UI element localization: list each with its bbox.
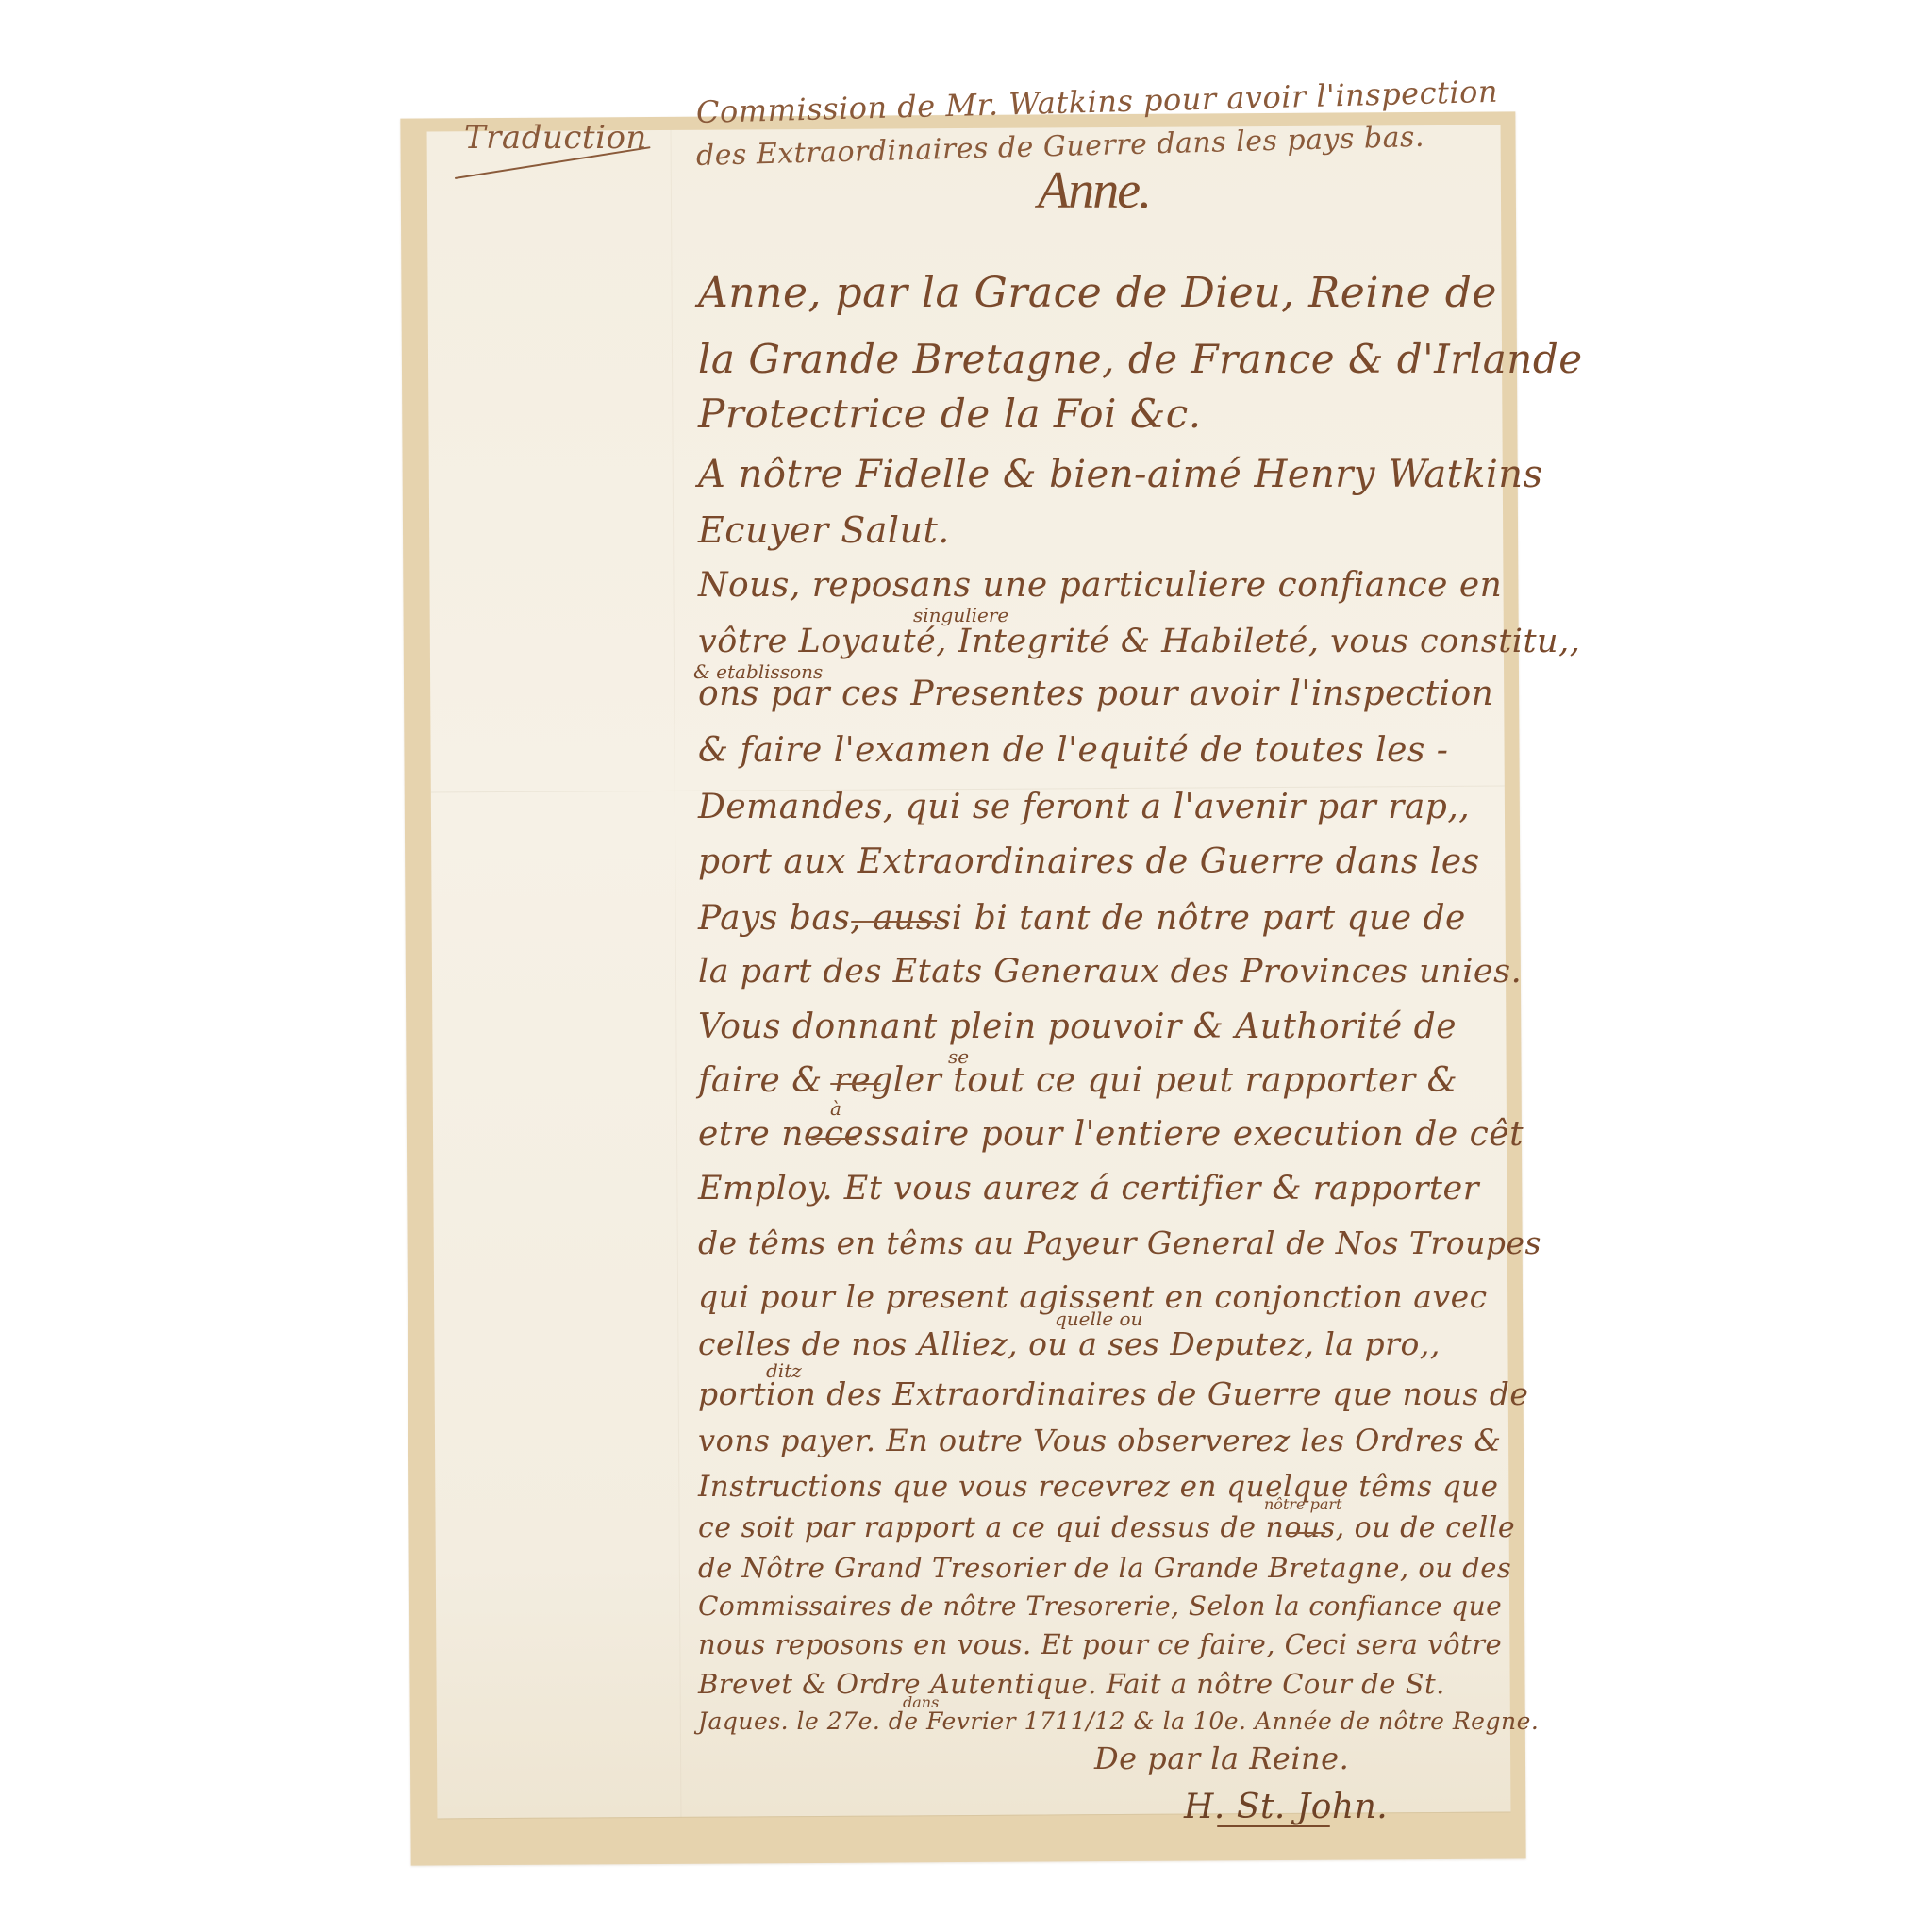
body-line-5: Ecuyer Salut. <box>698 509 1519 551</box>
body-line-9: & faire l'examen de l'equité de toutes l… <box>698 731 1519 770</box>
body-line-24: ce soit par rapport a ce qui dessus de n… <box>698 1511 1519 1544</box>
body-line-3: Protectrice de la Foi &c. <box>698 391 1519 437</box>
body-line-4: A nôtre Fidelle & bien-aimé Henry Watkin… <box>698 453 1519 496</box>
body-line-26: Commissaires de nôtre Tresorerie, Selon … <box>698 1591 1519 1622</box>
body-line-16: etre necessaire pour l'entiere execution… <box>698 1115 1519 1154</box>
body-line-22: vons payer. En outre Vous observerez les… <box>698 1423 1519 1458</box>
body-line-21: portion des Extraordinaires de Guerre qu… <box>698 1375 1519 1412</box>
body-line-10: Demandes, qui se feront a l'avenir par r… <box>698 788 1519 826</box>
strike-pour <box>811 1138 857 1140</box>
strike-aussi-bi <box>851 921 938 923</box>
body-line-15: faire & regler tout ce qui peut rapporte… <box>698 1061 1519 1100</box>
body-line-17: Employ. Et vous aurez á certifier & rapp… <box>698 1170 1519 1207</box>
body-line-6: Nous, reposans une particuliere confianc… <box>698 566 1519 605</box>
body-line-12: Pays bas, aussi bi tant de nôtre part qu… <box>698 899 1519 938</box>
body-line-20: celles de nos Alliez, ou a ses Deputez, … <box>698 1325 1519 1362</box>
body-line-7: vôtre Loyauté, Integrité & Habileté, vou… <box>698 623 1519 660</box>
signature-flourish <box>1217 1825 1330 1827</box>
body-line-29: Jaques. le 27e. de Fevrier 1711/12 & la … <box>698 1707 1519 1735</box>
body-line-2: la Grande Bretagne, de France & d'Irland… <box>698 336 1519 382</box>
signature-st-john: H. St. John. <box>1184 1788 1388 1826</box>
body-line-23: Instructions que vous recevrez en quelqu… <box>698 1470 1519 1504</box>
strike-tout <box>830 1083 881 1085</box>
body-line-13: la part des Etats Generaux des Provinces… <box>698 953 1519 991</box>
fold-line-vertical <box>671 130 682 1817</box>
royal-signature-anne: Anne. <box>1038 160 1150 221</box>
body-line-11: port aux Extraordinaires de Guerre dans … <box>698 842 1519 881</box>
body-line-28: Brevet & Ordre Autentique. Fait a nôtre … <box>698 1668 1519 1700</box>
body-line-25: de Nôtre Grand Tresorier de la Grande Br… <box>698 1552 1519 1584</box>
body-line-18: de têms en têms au Payeur General de Nos… <box>698 1224 1519 1261</box>
body-line-14: Vous donnant plein pouvoir & Authorité d… <box>698 1008 1519 1046</box>
body-line-27: nous reposons en vous. Et pour ce faire,… <box>698 1628 1519 1660</box>
strike-nous <box>1288 1532 1325 1534</box>
body-line-1: Anne, par la Grace de Dieu, Reine de <box>698 269 1519 317</box>
body-line-8: ons par ces Presentes pour avoir l'inspe… <box>698 675 1519 713</box>
closing-formula: De par la Reine. <box>1094 1740 1349 1776</box>
